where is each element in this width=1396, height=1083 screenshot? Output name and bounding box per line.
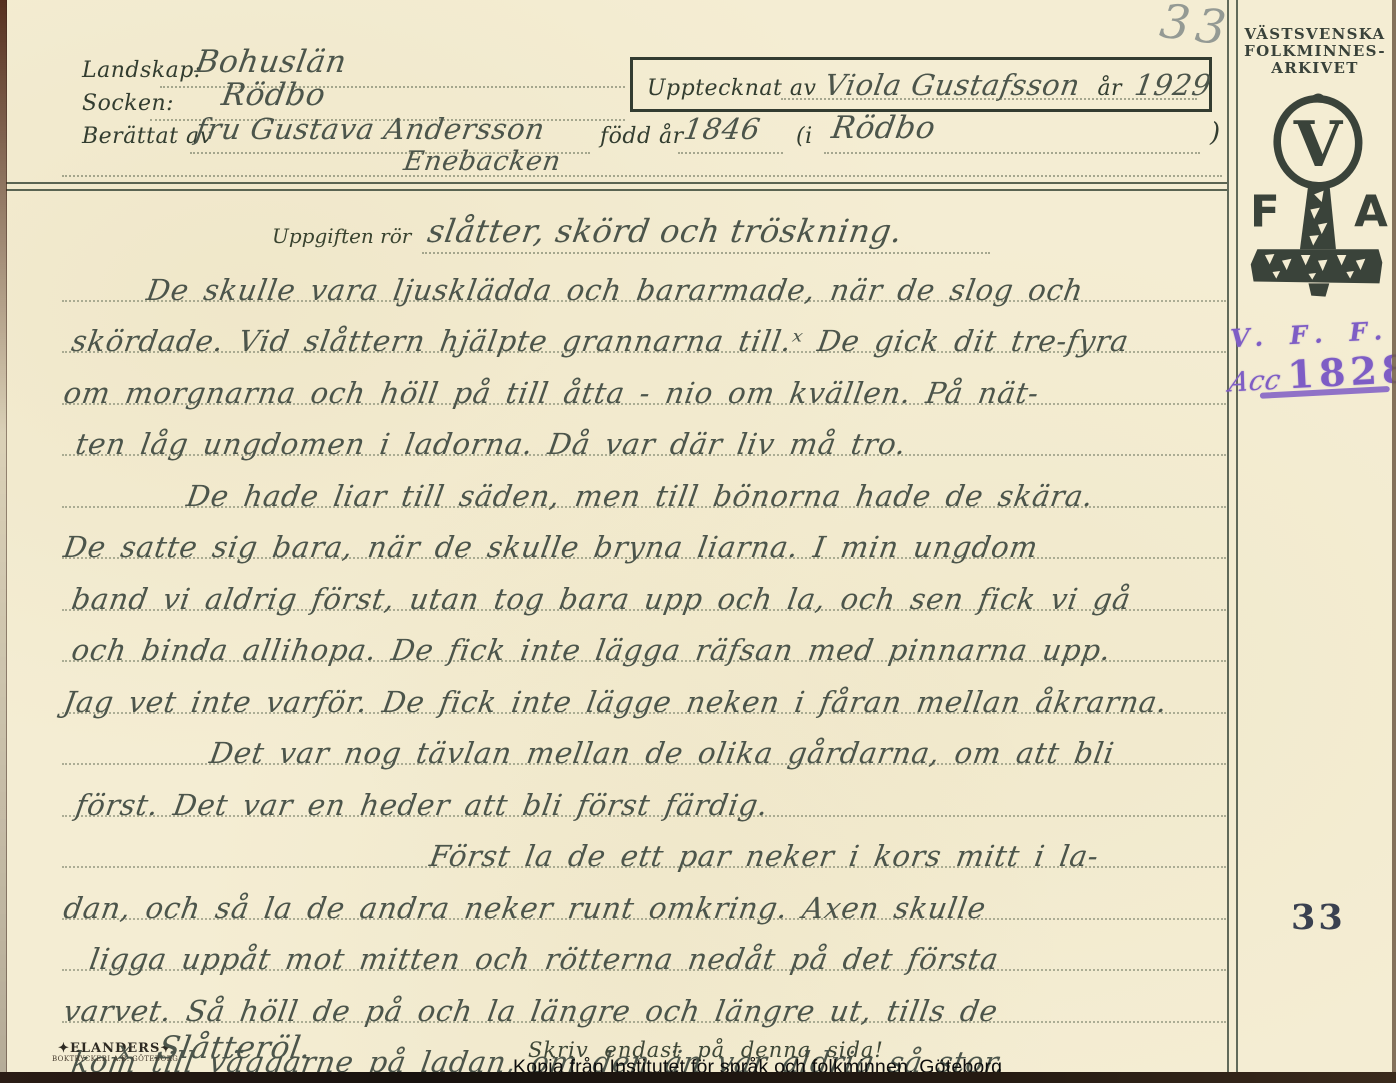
footnote: x Slåtteröl.	[118, 1030, 311, 1066]
body-line: Jag vet inte varför. De fick inte lägge …	[62, 662, 1226, 714]
vff-accession-stamp: V. F. F. Acc 1828	[1224, 316, 1396, 401]
dotted-rule	[678, 152, 783, 154]
dotted-rule	[62, 175, 1222, 177]
body-line: De satte sig bara, när de skulle bryna l…	[62, 508, 1226, 560]
header-divider	[6, 182, 1227, 191]
footnote-marker: x	[118, 1036, 132, 1064]
body-line: ligga uppåt mot mitten och rötterna nedå…	[62, 920, 1226, 972]
landskap-value: Bohuslän	[193, 44, 349, 80]
body-line: skördade. Vid slåttern hjälpte grannarna…	[62, 302, 1226, 354]
dotted-rule	[781, 98, 1197, 100]
recorded-by-box: Upptecknat av Viola Gustafsson år 1929	[630, 57, 1212, 112]
paren-close-label: )	[1210, 118, 1221, 148]
berattat-av-value: fru Gustava Andersson	[193, 112, 547, 146]
scan-edge-left	[0, 0, 7, 1083]
record-year-value: 1929	[1132, 68, 1214, 102]
scan-edge-bottom	[0, 1072, 1396, 1083]
svg-text:A: A	[1354, 188, 1388, 238]
fodd-ar-value: 1846	[681, 112, 763, 146]
thor-hammer-logo-icon: V F A	[1246, 82, 1388, 320]
archive-name-line2: FOLKMINNES-	[1238, 43, 1392, 60]
socken-label: Socken:	[82, 91, 174, 116]
archive-name-line3: ARKIVET	[1238, 60, 1392, 77]
socken-value: Rödbo	[219, 77, 328, 113]
body-line: och binda allihopa. De fick inte lägga r…	[62, 611, 1226, 663]
subject-value: slåtter, skörd och tröskning.	[425, 212, 905, 250]
scanned-archive-page: Landskap: Bohuslän Socken: Rödbo Berätta…	[0, 0, 1396, 1083]
body-line: först. Det var en heder att bli först fä…	[62, 765, 1226, 817]
body-line: ten låg ungdomen i ladorna. Då var där l…	[62, 405, 1226, 457]
uppgiften-ror-label: Uppgiften rör	[272, 224, 411, 248]
dotted-rule	[824, 152, 1200, 154]
body-line: band vi aldrig först, utan tog bara upp …	[62, 559, 1226, 611]
fodd-ar-label: född år	[600, 124, 684, 149]
body-text: De skulle vara ljusklädda och bararmade,…	[62, 250, 1226, 1074]
body-line: Först la de ett par neker i kors mitt i …	[62, 817, 1226, 869]
scan-edge-right	[1392, 0, 1396, 1083]
archive-name: VÄSTSVENSKA FOLKMINNES- ARKIVET	[1238, 26, 1392, 77]
body-line: om morgnarna och höll på till åtta - nio…	[62, 353, 1226, 405]
body-line: varvet. Så höll de på och la längre och …	[62, 971, 1226, 1023]
body-line: De hade liar till säden, men till bönorn…	[62, 456, 1226, 508]
paren-open-label: (i	[796, 124, 813, 149]
svg-text:V: V	[1293, 107, 1344, 181]
body-line: dan, och så la de andra neker runt omkri…	[62, 868, 1226, 920]
body-line: De skulle vara ljusklädda och bararmade,…	[62, 250, 1226, 302]
residence-value: Enebacken	[402, 146, 564, 177]
landskap-label: Landskap:	[82, 58, 202, 83]
svg-text:F: F	[1250, 188, 1280, 238]
recorder-name-value: Viola Gustafsson	[823, 68, 1083, 102]
archive-name-line1: VÄSTSVENSKA	[1238, 26, 1392, 43]
footnote-text: Slåtteröl.	[156, 1030, 314, 1066]
margin-separator	[1227, 0, 1238, 1072]
body-line: Det var nog tävlan mellan de olika gårda…	[62, 714, 1226, 766]
pencil-page-number: 33	[1157, 0, 1235, 57]
birthplace-value: Rödbo	[829, 110, 938, 146]
page-number: 33	[1291, 897, 1346, 938]
